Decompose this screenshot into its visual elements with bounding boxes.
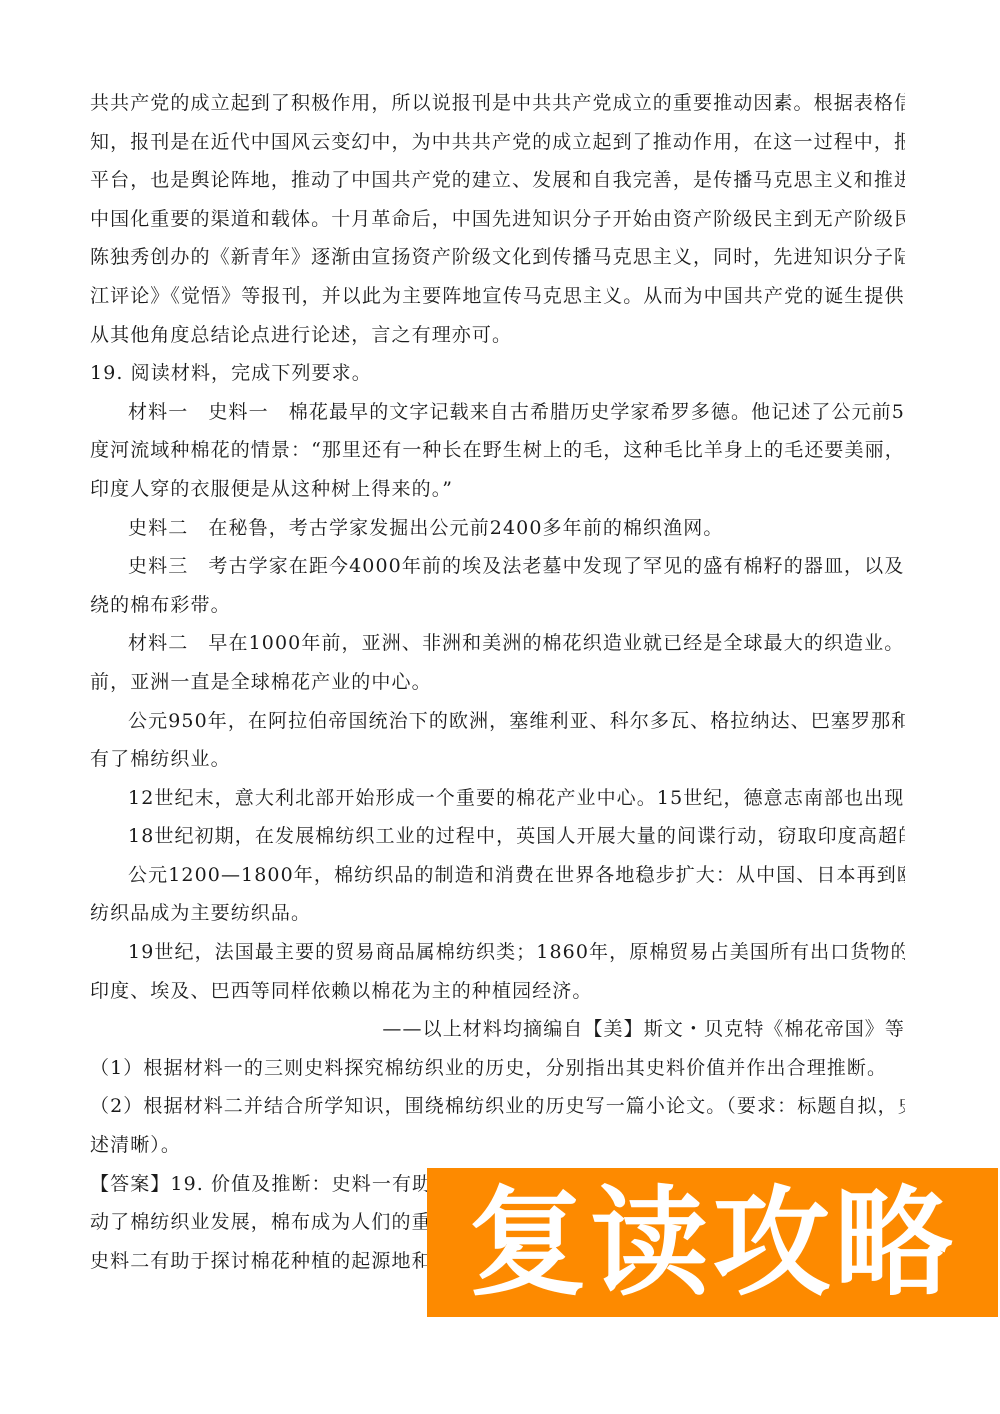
answer-text-line: 平台，也是舆论阵地，推动了中国共产党的建立、发展和自我完善，是传播马克思主义和推… (90, 161, 905, 200)
question-title: 19. 阅读材料，完成下列要求。 (90, 354, 905, 393)
citation: ——以上材料均摘编自【美】斯文・贝克特《棉花帝国》等 (90, 1010, 905, 1049)
source-three-line: 史料三 考古学家在距今4000年前的埃及法老墓中发现了罕见的盛有棉籽的器皿，以及… (90, 547, 905, 586)
answer-text-line: 知，报刊是在近代中国风云变幻中，为中共共产党的成立起到了推动作用，在这一过程中，… (90, 123, 905, 162)
material-two-line: 公元950年，在阿拉伯帝国统治下的欧洲，塞维利亚、科尔多瓦、格拉纳达、巴塞罗那和… (90, 702, 905, 741)
answer-text-line: 陈独秀创办的《新青年》逐渐由宣扬资产阶级文化到传播马克思主义，同时，先进知识分子… (90, 238, 905, 277)
answer-text-line: 江评论》《觉悟》等报刊，并以此为主要阵地宣传马克思主义。从而为中国共产党的诞生提… (90, 277, 905, 316)
sub-question-2-line: （2）根据材料二并结合所学知识，围绕棉纺织业的历史写一篇小论文。（要求：标题自拟… (90, 1087, 905, 1126)
material-two-line: 19世纪，法国最主要的贸易商品属棉纺织类；1860年，原棉贸易占美国所有出口货物… (90, 933, 905, 972)
sub-question-1: （1）根据材料一的三则史料探究棉纺织业的历史，分别指出其史料价值并作出合理推断。 (90, 1049, 905, 1088)
material-two-line: 材料二 早在1000年前，亚洲、非洲和美洲的棉花织造业就已经是全球最大的织造业。… (90, 624, 905, 663)
material-two-line: 纺织品成为主要纺织品。 (90, 894, 905, 933)
material-two-line: 12世纪末，意大利北部开始形成一个重要的棉花产业中心。15世纪，德意志南部也出现… (90, 779, 905, 818)
material-two-line: 18世纪初期，在发展棉纺织工业的过程中，英国人开展大量的间谍行动，窃取印度高超的… (90, 817, 905, 856)
document-page: 共共产党的成立起到了积极作用，所以说报刊是中共共产党成立的重要推动因素。根据表格… (90, 84, 905, 1280)
sub-question-2-line: 述清晰）。 (90, 1126, 905, 1165)
answer-text-line: 中国化重要的渠道和载体。十月革命后，中国先进知识分子开始由资产阶级民主到无产阶级… (90, 200, 905, 239)
source-two: 史料二 在秘鲁，考古学家发掘出公元前2400多年前的棉织渔网。 (90, 509, 905, 548)
material-two-line: 印度、埃及、巴西等同样依赖以棉花为主的种植园经济。 (90, 972, 905, 1011)
material-one-line: 材料一 史料一 棉花最早的文字记载来自古希腊历史学家希罗多德。他记述了公元前50… (90, 393, 905, 432)
material-two-line: 公元1200—1800年，棉纺织品的制造和消费在世界各地稳步扩大：从中国、日本再… (90, 856, 905, 895)
answer-text-line: 从其他角度总结论点进行论述，言之有理亦可。 (90, 316, 905, 355)
material-one-line: 印度人穿的衣服便是从这种树上得来的。” (90, 470, 905, 509)
material-two-line: 有了棉纺织业。 (90, 740, 905, 779)
watermark-banner: 复读攻略 (427, 1168, 998, 1317)
material-two-line: 前，亚洲一直是全球棉花产业的中心。 (90, 663, 905, 702)
answer-text-line: 共共产党的成立起到了积极作用，所以说报刊是中共共产党成立的重要推动因素。根据表格… (90, 84, 905, 123)
source-three-line: 绕的棉布彩带。 (90, 586, 905, 625)
watermark-text: 复读攻略 (468, 1184, 956, 1302)
material-one-line: 度河流域种棉花的情景：“那里还有一种长在野生树上的毛，这种毛比羊身上的毛还要美丽… (90, 431, 905, 470)
